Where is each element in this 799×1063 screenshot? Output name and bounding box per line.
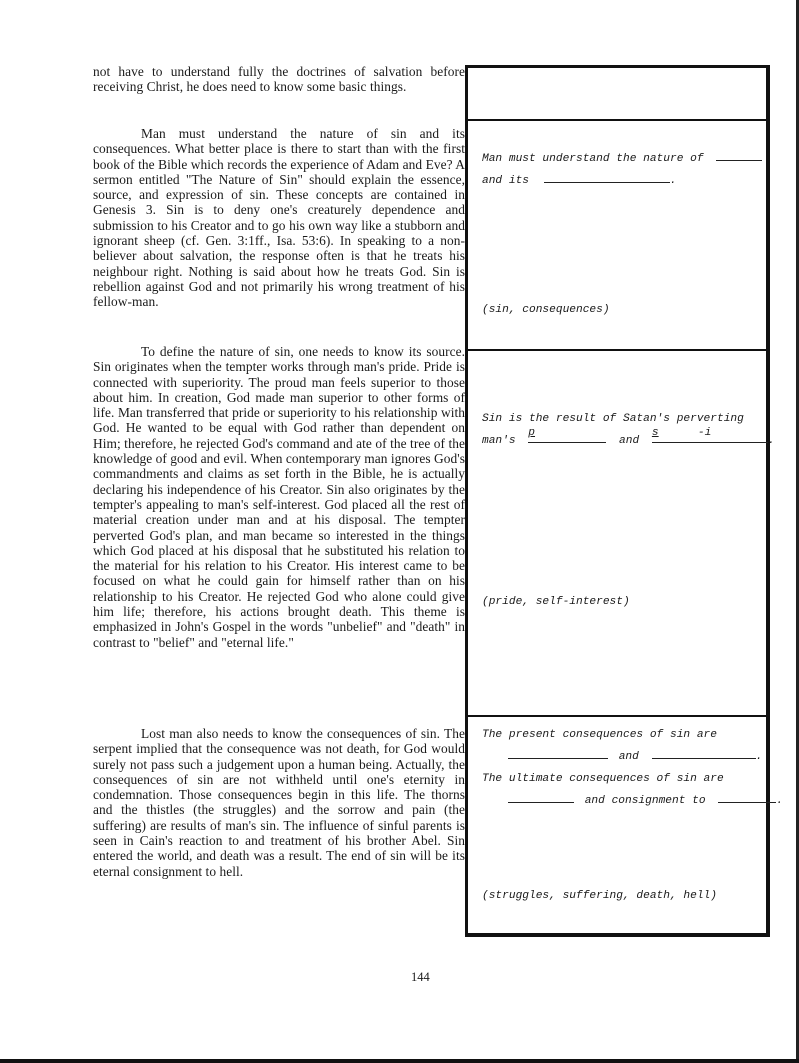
outline-section-1-prompt: Man must understand the nature of and it… <box>482 148 762 192</box>
prompt-ultimate: The ultimate consequences of sin are <box>482 773 724 785</box>
section-divider <box>468 715 766 717</box>
section-divider <box>468 119 766 121</box>
page-number: 144 <box>411 970 430 985</box>
document-page: not have to understand fully the doctrin… <box>0 0 799 1063</box>
prompt-line-1: Man must understand the nature of <box>482 153 704 165</box>
fill-blank-self[interactable]: s <box>652 430 698 443</box>
fill-blank-struggles[interactable] <box>508 746 608 759</box>
outline-section-2-answer: (pride, self-interest) <box>482 596 630 608</box>
fill-blank-suffering[interactable] <box>652 746 756 759</box>
fill-blank-interest[interactable]: -i <box>698 430 768 443</box>
prompt-line-2: and its <box>482 175 529 187</box>
prompt-present: The present consequences of sin are <box>482 729 717 741</box>
section-divider <box>468 349 766 351</box>
outline-section-2-prompt: Sin is the result of Satan's perverting … <box>482 408 775 452</box>
fill-blank-2[interactable] <box>544 170 670 183</box>
period: . <box>670 175 677 187</box>
fill-blank-pride[interactable]: p <box>528 430 606 443</box>
fill-blank-1[interactable] <box>716 148 762 161</box>
paragraph-nature-of-sin: Man must understand the nature of sin an… <box>93 126 465 310</box>
paragraph-continuation: not have to understand fully the doctrin… <box>93 64 465 95</box>
paragraph-source-of-sin: To define the nature of sin, one needs t… <box>93 344 465 650</box>
paragraph-consequences-of-sin: Lost man also needs to know the conseque… <box>93 726 465 879</box>
outline-section-1-answer: (sin, consequences) <box>482 304 610 316</box>
outline-section-3-prompt: The present consequences of sin are and … <box>482 724 783 812</box>
fill-blank-death[interactable] <box>508 790 574 803</box>
outline-section-3-answer: (struggles, suffering, death, hell) <box>482 890 717 902</box>
outline-box: Man must understand the nature of and it… <box>465 65 770 937</box>
fill-blank-hell[interactable] <box>718 790 776 803</box>
prompt-line-2-start: man's <box>482 435 516 447</box>
scan-edge-bottom <box>0 1059 799 1063</box>
